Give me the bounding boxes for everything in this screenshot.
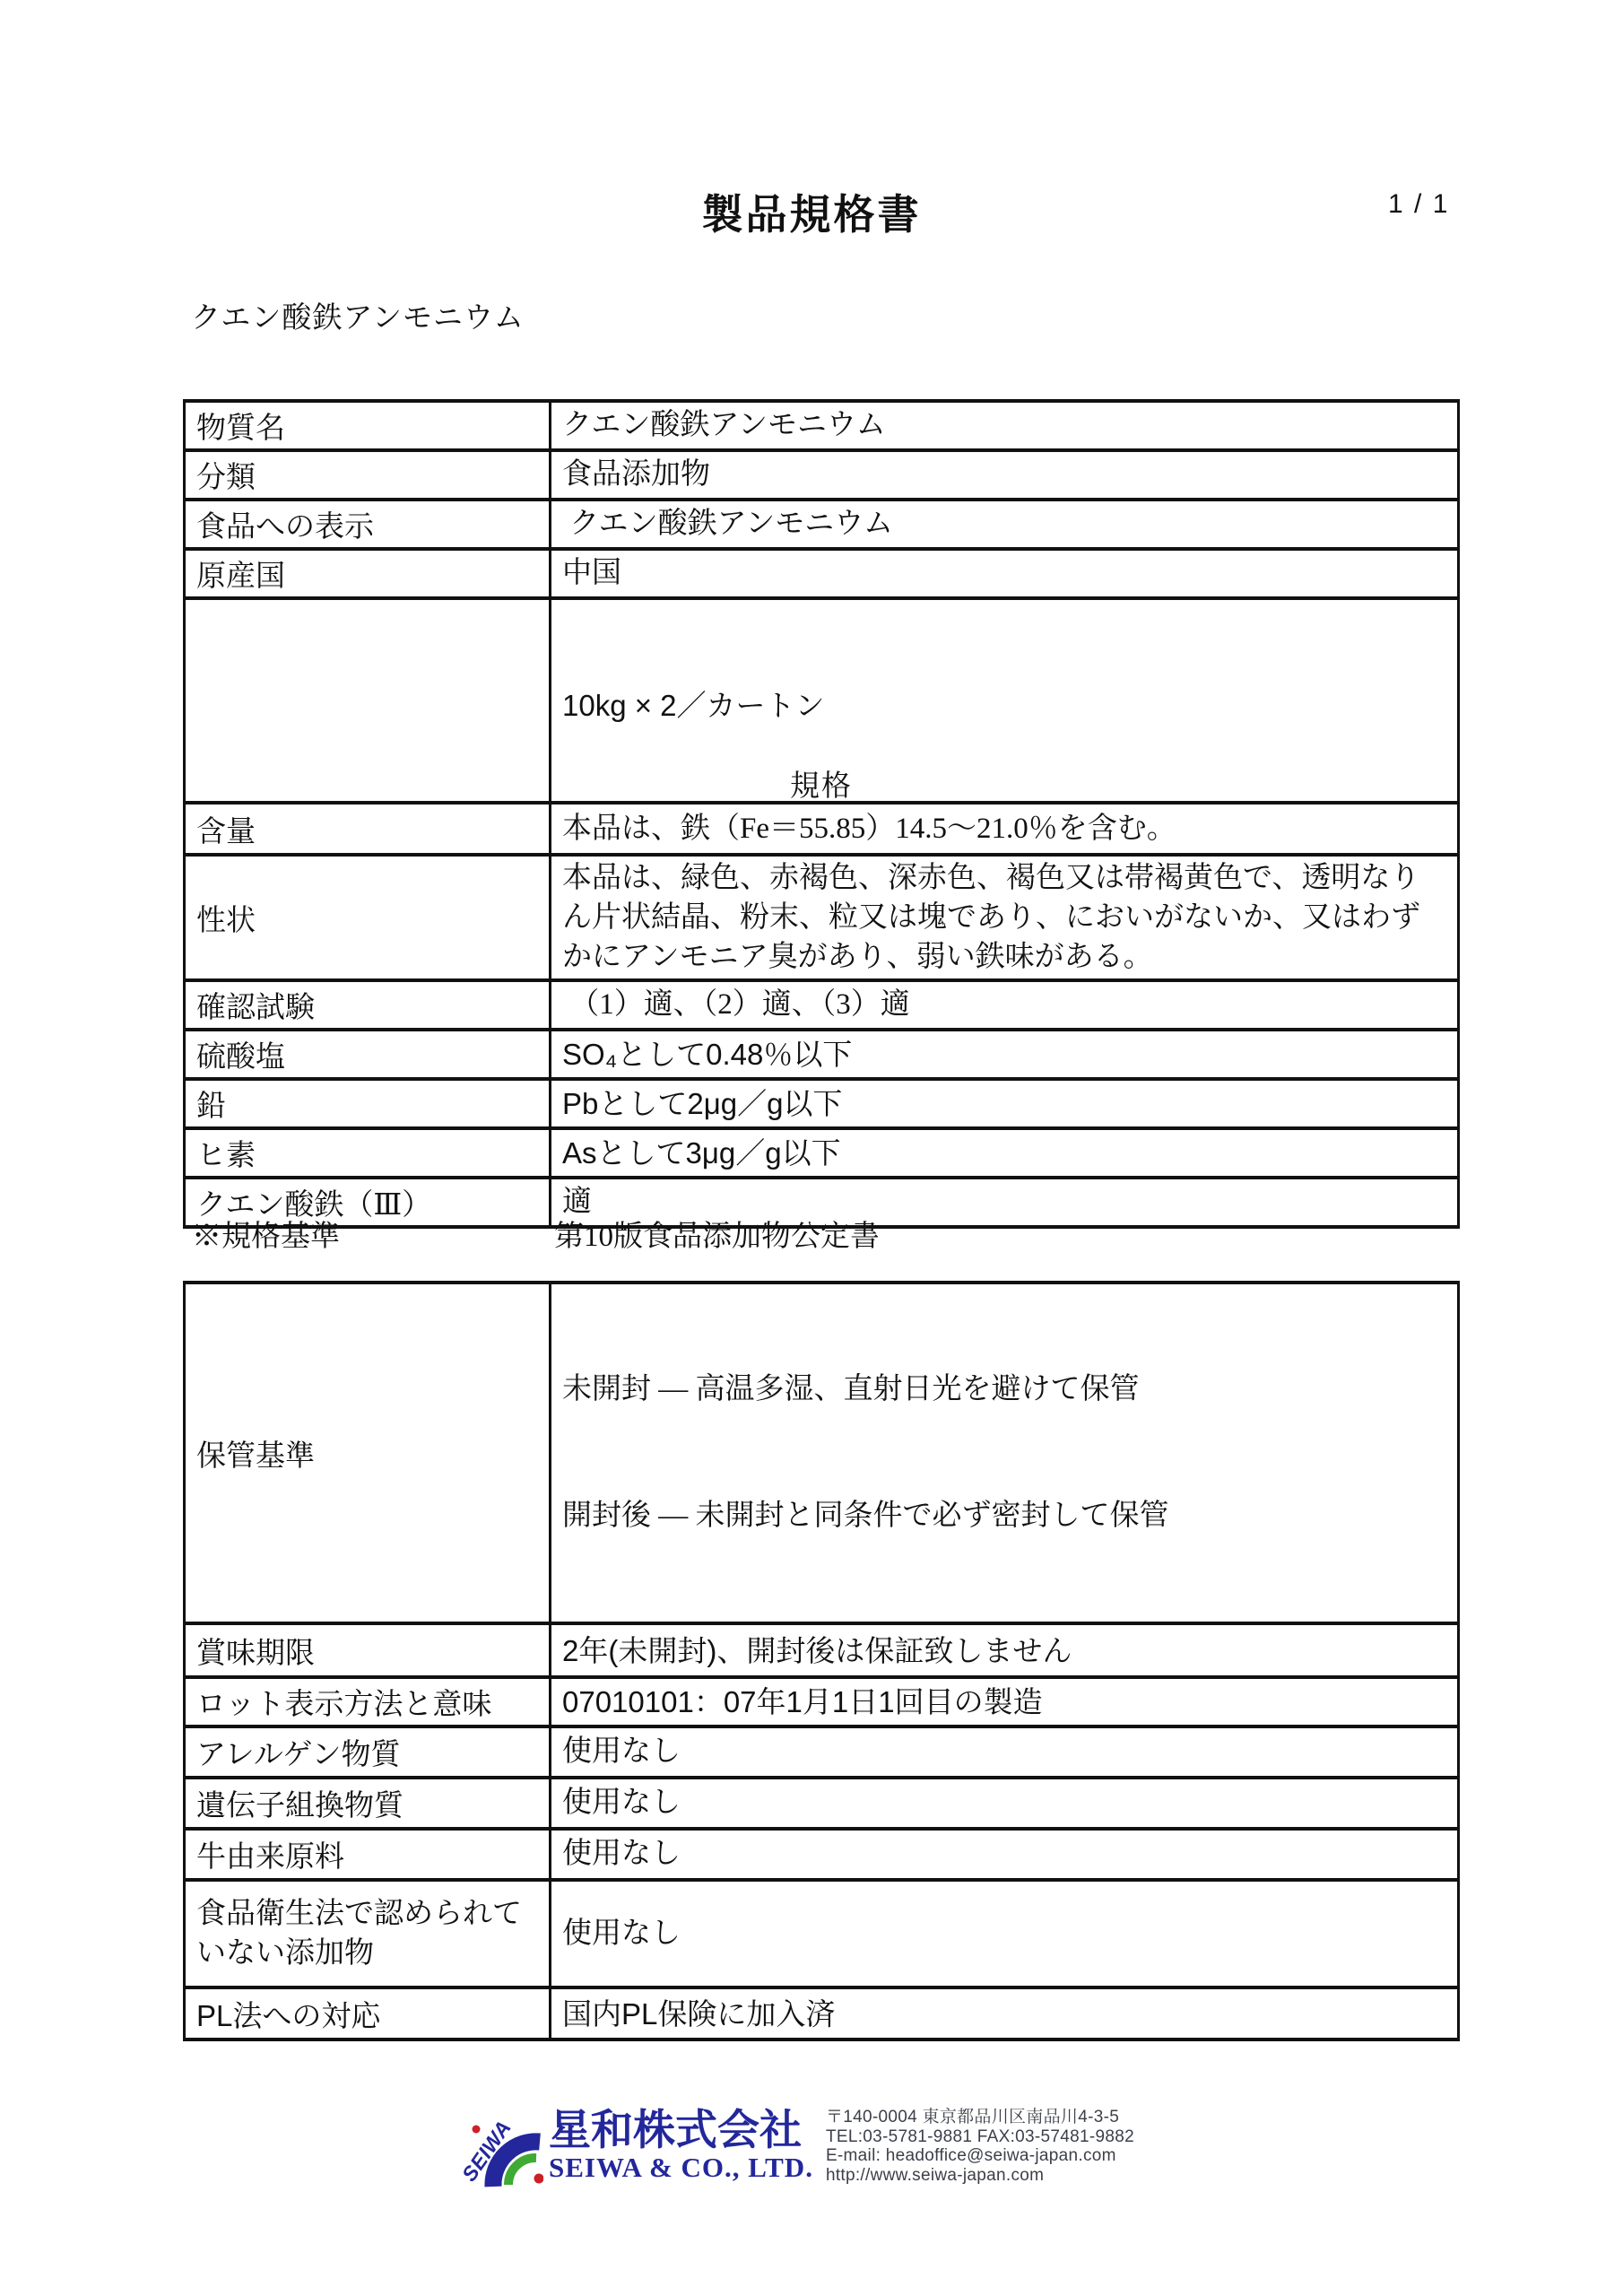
page-number: 1 / 1	[1388, 189, 1449, 220]
cell-value: 国内PL保険に加入済	[551, 1987, 1459, 2039]
cell-label: 食品への表示	[185, 500, 551, 549]
logo-red-dot	[534, 2174, 544, 2184]
table-row: 分類 食品添加物	[185, 450, 1459, 500]
cell-value: 食品添加物	[551, 450, 1459, 500]
product-name: クエン酸鉄アンモニウム	[191, 294, 525, 336]
cell-value: 中国	[551, 549, 1459, 598]
cell-label: 牛由来原料	[185, 1829, 551, 1880]
cell-label: 分類	[185, 450, 551, 500]
table-row: 確認試験 （1）適、（2）適、（3）適	[185, 980, 1459, 1030]
cell-value: SO₄として0.48％以下	[551, 1030, 1459, 1079]
company-name-japanese: 星和株式会社	[549, 2108, 813, 2152]
company-contact-block: 〒140-0004 東京都品川区南品川4-3-5 TEL:03-5781-988…	[826, 2108, 1134, 2185]
document-title: 製品規格書	[0, 182, 1623, 241]
cell-value: 2年(未開封)、開封後は保証致しません	[551, 1623, 1459, 1677]
cell-value: Asとして3μg／g以下	[551, 1128, 1459, 1178]
cell-label: 賞味期限	[185, 1623, 551, 1677]
company-tel-fax: TEL:03-5781-9881 FAX:03-57481-9882	[826, 2127, 1134, 2147]
table-row: 保管基準 未開封 — 高温多湿、直射日光を避けて保管 開封後 — 未開封と同条件…	[185, 1283, 1459, 1623]
table-row: 牛由来原料 使用なし	[185, 1829, 1459, 1880]
cell-label: 確認試験	[185, 980, 551, 1030]
cell-value: 未開封 — 高温多湿、直射日光を避けて保管 開封後 — 未開封と同条件で必ず密封…	[551, 1283, 1459, 1623]
table-row: 賞味期限 2年(未開封)、開封後は保証致しません	[185, 1623, 1459, 1677]
company-name-english: SEIWA & CO., LTD.	[549, 2152, 813, 2182]
company-name-block: 星和株式会社 SEIWA & CO., LTD.	[549, 2108, 813, 2182]
cell-label: ロット表示方法と意味	[185, 1677, 551, 1726]
cell-label: 保管基準	[185, 1283, 551, 1623]
table-row: 遺伝子組換物質 使用なし	[185, 1778, 1459, 1829]
cell-label: 食品衛生法で認められていない添加物	[185, 1880, 551, 1987]
spec-note-label: ※規格基準	[192, 1213, 340, 1255]
cell-value: 07010101：07年1月1日1回目の製造	[551, 1677, 1459, 1726]
specification-table: 含量 本品は、鉄（Fe＝55.85）14.5～21.0％を含む。 性状 本品は、…	[183, 801, 1460, 1229]
logo-green-arc	[508, 2158, 536, 2185]
table-row: 食品衛生法で認められていない添加物 使用なし	[185, 1880, 1459, 1987]
cell-label: アレルゲン物質	[185, 1726, 551, 1778]
cell-label: 原産国	[185, 549, 551, 598]
table-row: 食品への表示 クエン酸鉄アンモニウム	[185, 500, 1459, 549]
table-row: PL法への対応 国内PL保険に加入済	[185, 1987, 1459, 2039]
spec-section-heading: 規格	[183, 762, 1460, 804]
table-row: 硫酸塩 SO₄として0.48％以下	[185, 1030, 1459, 1079]
handling-table: 保管基準 未開封 — 高温多湿、直射日光を避けて保管 開封後 — 未開封と同条件…	[183, 1281, 1460, 2041]
company-footer: SEIWA 星和株式会社 SEIWA & CO., LTD. 〒140-0004…	[461, 2106, 1134, 2188]
cell-value: 使用なし	[551, 1778, 1459, 1829]
table-row: アレルゲン物質 使用なし	[185, 1726, 1459, 1778]
cell-value: （1）適、（2）適、（3）適	[551, 980, 1459, 1030]
cell-value: 本品は、緑色、赤褐色、深赤色、褐色又は帯褐黄色で、透明なりん片状結晶、粉末、粒又…	[551, 855, 1459, 980]
cell-label: ヒ素	[185, 1128, 551, 1178]
cell-value: 使用なし	[551, 1829, 1459, 1880]
company-email: E-mail: headoffice@seiwa-japan.com	[826, 2146, 1134, 2166]
company-address: 〒140-0004 東京都品川区南品川4-3-5	[826, 2108, 1134, 2127]
cell-label: PL法への対応	[185, 1987, 551, 2039]
logo-i-dot	[473, 2126, 481, 2134]
cell-value: クエン酸鉄アンモニウム	[551, 401, 1459, 450]
table-row: 含量 本品は、鉄（Fe＝55.85）14.5～21.0％を含む。	[185, 803, 1459, 855]
table-row: ロット表示方法と意味 07010101：07年1月1日1回目の製造	[185, 1677, 1459, 1726]
document-page: 製品規格書 1 / 1 クエン酸鉄アンモニウム 物質名 クエン酸鉄アンモニウム …	[0, 0, 1623, 2296]
table-row: ヒ素 Asとして3μg／g以下	[185, 1128, 1459, 1178]
company-url: http://www.seiwa-japan.com	[826, 2166, 1134, 2186]
table-row: 鉛 Pbとして2μg／g以下	[185, 1079, 1459, 1128]
storage-line: 開封後 — 未開封と同条件で必ず密封して保管	[562, 1493, 1446, 1539]
cell-value: クエン酸鉄アンモニウム	[551, 500, 1459, 549]
storage-line: 未開封 — 高温多湿、直射日光を避けて保管	[562, 1367, 1446, 1413]
table-row: 原産国 中国	[185, 549, 1459, 598]
cell-label: 性状	[185, 855, 551, 980]
cell-value: 本品は、鉄（Fe＝55.85）14.5～21.0％を含む。	[551, 803, 1459, 855]
cell-label: 含量	[185, 803, 551, 855]
spec-note-value: 第10版食品添加物公定書	[554, 1213, 880, 1255]
cell-value: Pbとして2μg／g以下	[551, 1079, 1459, 1128]
cell-label: 物質名	[185, 401, 551, 450]
spec-standard-note: ※規格基準 第10版食品添加物公定書	[183, 1213, 1460, 1256]
cell-label: 遺伝子組換物質	[185, 1778, 551, 1829]
cell-label: 鉛	[185, 1079, 551, 1128]
table-row: 物質名 クエン酸鉄アンモニウム	[185, 401, 1459, 450]
table-row: 性状 本品は、緑色、赤褐色、深赤色、褐色又は帯褐黄色で、透明なりん片状結晶、粉末…	[185, 855, 1459, 980]
cell-value: 使用なし	[551, 1880, 1459, 1987]
cell-value: 使用なし	[551, 1726, 1459, 1778]
cell-label: 硫酸塩	[185, 1030, 551, 1079]
packaging-line: 10kg × 2／カートン	[562, 683, 1446, 728]
seiwa-logo-icon: SEIWA	[461, 2106, 543, 2188]
